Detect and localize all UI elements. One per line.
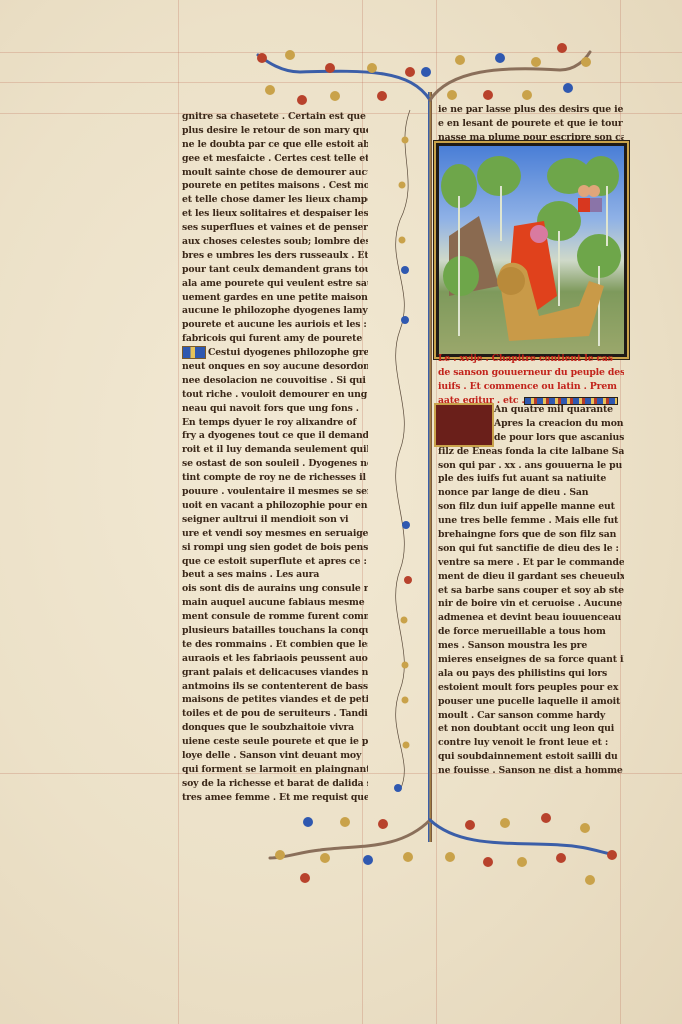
text-line: ment de dieu il gardant ses cheueulx [438, 570, 624, 584]
text-line: mieres enseignes de sa force quant il [438, 653, 624, 667]
text-line: ne le doubta par ce que elle estoit abon… [182, 138, 368, 152]
text-line: neut onques en soy aucune desordon [182, 360, 368, 374]
text-line: nir de boire vin et ceruoise . Aucune et [438, 597, 624, 611]
text-line: ure et vendi soy mesmes en seruaige [182, 527, 368, 541]
text-line: uiene ceste seule pourete et que ie par [182, 735, 368, 749]
text-line: soy de la richesse et barat de dalida sa [182, 777, 368, 791]
text-line: plus desire le retour de son mary que el… [182, 124, 368, 138]
text-line: roit et il luy demanda seulement quil [182, 443, 368, 457]
text-line: si rompi ung sien godet de bois pensat [182, 541, 368, 555]
text-line: se ostast de son souleil . Dyogenes ne [182, 457, 368, 471]
text-line: pourete et aucune les auriois et les : [182, 318, 368, 332]
text-line: contre luy venoit le front leue et : [438, 736, 624, 750]
text-line: En temps dyuer le roy alixandre of [182, 416, 368, 430]
text-line: estoient moult fors peuples pour ex [438, 681, 624, 695]
text-line: et telle chose damer les lieux champestr… [182, 193, 368, 207]
text-line: filz de Eneas fonda la cite lalbane Sa [438, 445, 624, 459]
text-line: pouure . voulentaire il mesmes se ser [182, 485, 368, 499]
text-line: neau qui navoit fors que ung fons . [182, 402, 368, 416]
text-line: nonce par lange de dieu . San [438, 486, 624, 500]
text-line: gnitre sa chasetete . Certain est que el… [182, 110, 368, 124]
text-line: tres amee femme . Et me requist que [182, 791, 368, 805]
rubric-line: Le . xvije . Chapitre contient le cas [438, 352, 624, 366]
text-line: bres e umbres les ders russeaulx . Et [182, 249, 368, 263]
text-line: qui forment se larmoit en plaingnant [182, 763, 368, 777]
text-line: antmoins ils se contenterent de basses [182, 680, 368, 694]
text-line: maisons de petites viandes et de petites [182, 693, 368, 707]
miniature-samson-lion [436, 143, 627, 357]
text-line: son qui fut sanctifie de dieu des le : [438, 542, 624, 556]
text-line: uement gardes en une petite maison : [182, 291, 368, 305]
text-line: toiles et de pou de seruiteurs . Tandis [182, 707, 368, 721]
rubric-line: de sanson gouuerneur du peuple des : [438, 366, 624, 380]
text-line: grant palais et delicacuses viandes ne [182, 666, 368, 680]
text-line: An quatre mil quarante [438, 403, 624, 417]
text-line: auraois et les fabriaois peussent auoir [182, 652, 368, 666]
text-line: pour tant ceulx demandent grans tous [182, 263, 368, 277]
text-line: seigner aultrui il mendioit son vi [182, 513, 368, 527]
text-line: e en lesant de pourete et que ie tour [438, 117, 624, 131]
text-line: de pour lors que ascanius [438, 431, 624, 445]
text-line: fabricois qui furent amy de pourete [182, 332, 368, 346]
text-line: ses superflues et vaines et de penser : [182, 221, 368, 235]
text-line: aucune le philozophe dyogenes lamy de [182, 304, 368, 318]
left-text-column: gnitre sa chasetete . Certain est que el… [182, 110, 368, 805]
text-line: son qui par . xx . ans gouuerna le pu [438, 459, 624, 473]
text-line: brehaingne fors que de son filz san [438, 528, 624, 542]
text-line: nee desolacion ne couvoitise . Si qui es… [182, 374, 368, 388]
text-line: ala ou pays des philistins qui lors [438, 667, 624, 681]
text-line: gee et mesfaicte . Certes cest telle et … [182, 152, 368, 166]
text-line: mes . Sanson moustra les pre [438, 639, 624, 653]
text-line: ne fouisse . Sanson ne dist a homme [438, 764, 624, 778]
text-line: ois sont dis de aurains ung consule rom [182, 582, 368, 596]
text-line: et non doubtant occit ung leon qui [438, 722, 624, 736]
text-line: Apres la creacion du mon [438, 417, 624, 431]
text-line: son filz dun iuif appelle manne eut [438, 500, 624, 514]
right-top-text: ie ne par lasse plus des desirs que ie a… [438, 103, 624, 145]
right-body-column: An quatre mil quarante Apres la creacion… [438, 403, 624, 778]
text-line: pouser une pucelle laquelle il amoit [438, 695, 624, 709]
text-line: une tres belle femme . Mais elle fut [438, 514, 624, 528]
text-line: moult . Car sanson comme hardy [438, 709, 624, 723]
text-line: main auquel aucune fabiaus mesme [182, 596, 368, 610]
text-line: aux choses celestes soub; lombre des ar [182, 235, 368, 249]
text-line: fry a dyogenes tout ce que il demande [182, 429, 368, 443]
text-line: ala ame pourete qui veulent estre sau [182, 277, 368, 291]
text-line: et sa barbe sans couper et soy ab ste [438, 584, 624, 598]
text-line: de force merueillable a tous hom [438, 625, 624, 639]
text-line: ple des iuifs fut auant sa natiuite [438, 472, 624, 486]
text-line: plusieurs batailles touchans la conquest [182, 624, 368, 638]
text-line: que ce estoit superflute et apres ce : [182, 555, 368, 569]
text-line: moult sainte chose de demourer aucune : [182, 166, 368, 180]
text-line: et les lieux solitaires et despaiser les… [182, 207, 368, 221]
decorated-initial-icon [182, 346, 206, 359]
text-line-with-initial: Cestui dyogenes philozophe gre [182, 346, 368, 360]
text-line: loye delle . Sanson vint deuant moy [182, 749, 368, 763]
text-line: donques que le soubzhaitoie vivra [182, 721, 368, 735]
text-line: tint compte de roy ne de richesses il fu… [182, 471, 368, 485]
text-line: tout riche . vouloit demourer en ung ton [182, 388, 368, 402]
text-line: te des rommains . Et combien que les [182, 638, 368, 652]
text-line: ventre sa mere . Et par le commande [438, 556, 624, 570]
rubric-line: iuifs . Et commence ou latin . Prem [438, 380, 624, 394]
text-line: admenea et devint beau iouuenceau [438, 611, 624, 625]
text-line-with-initial: beut a ses mains . Les aura [182, 568, 368, 582]
text-line: pourete en petites maisons . Cest moult [182, 179, 368, 193]
text-line: qui soubdainnement estoit sailli du [438, 750, 624, 764]
text-line: ie ne par lasse plus des desirs que ie a… [438, 103, 624, 117]
text-line: uoit en vacant a philozophie pour en [182, 499, 368, 513]
text-line: ment consule de romme furent commises [182, 610, 368, 624]
